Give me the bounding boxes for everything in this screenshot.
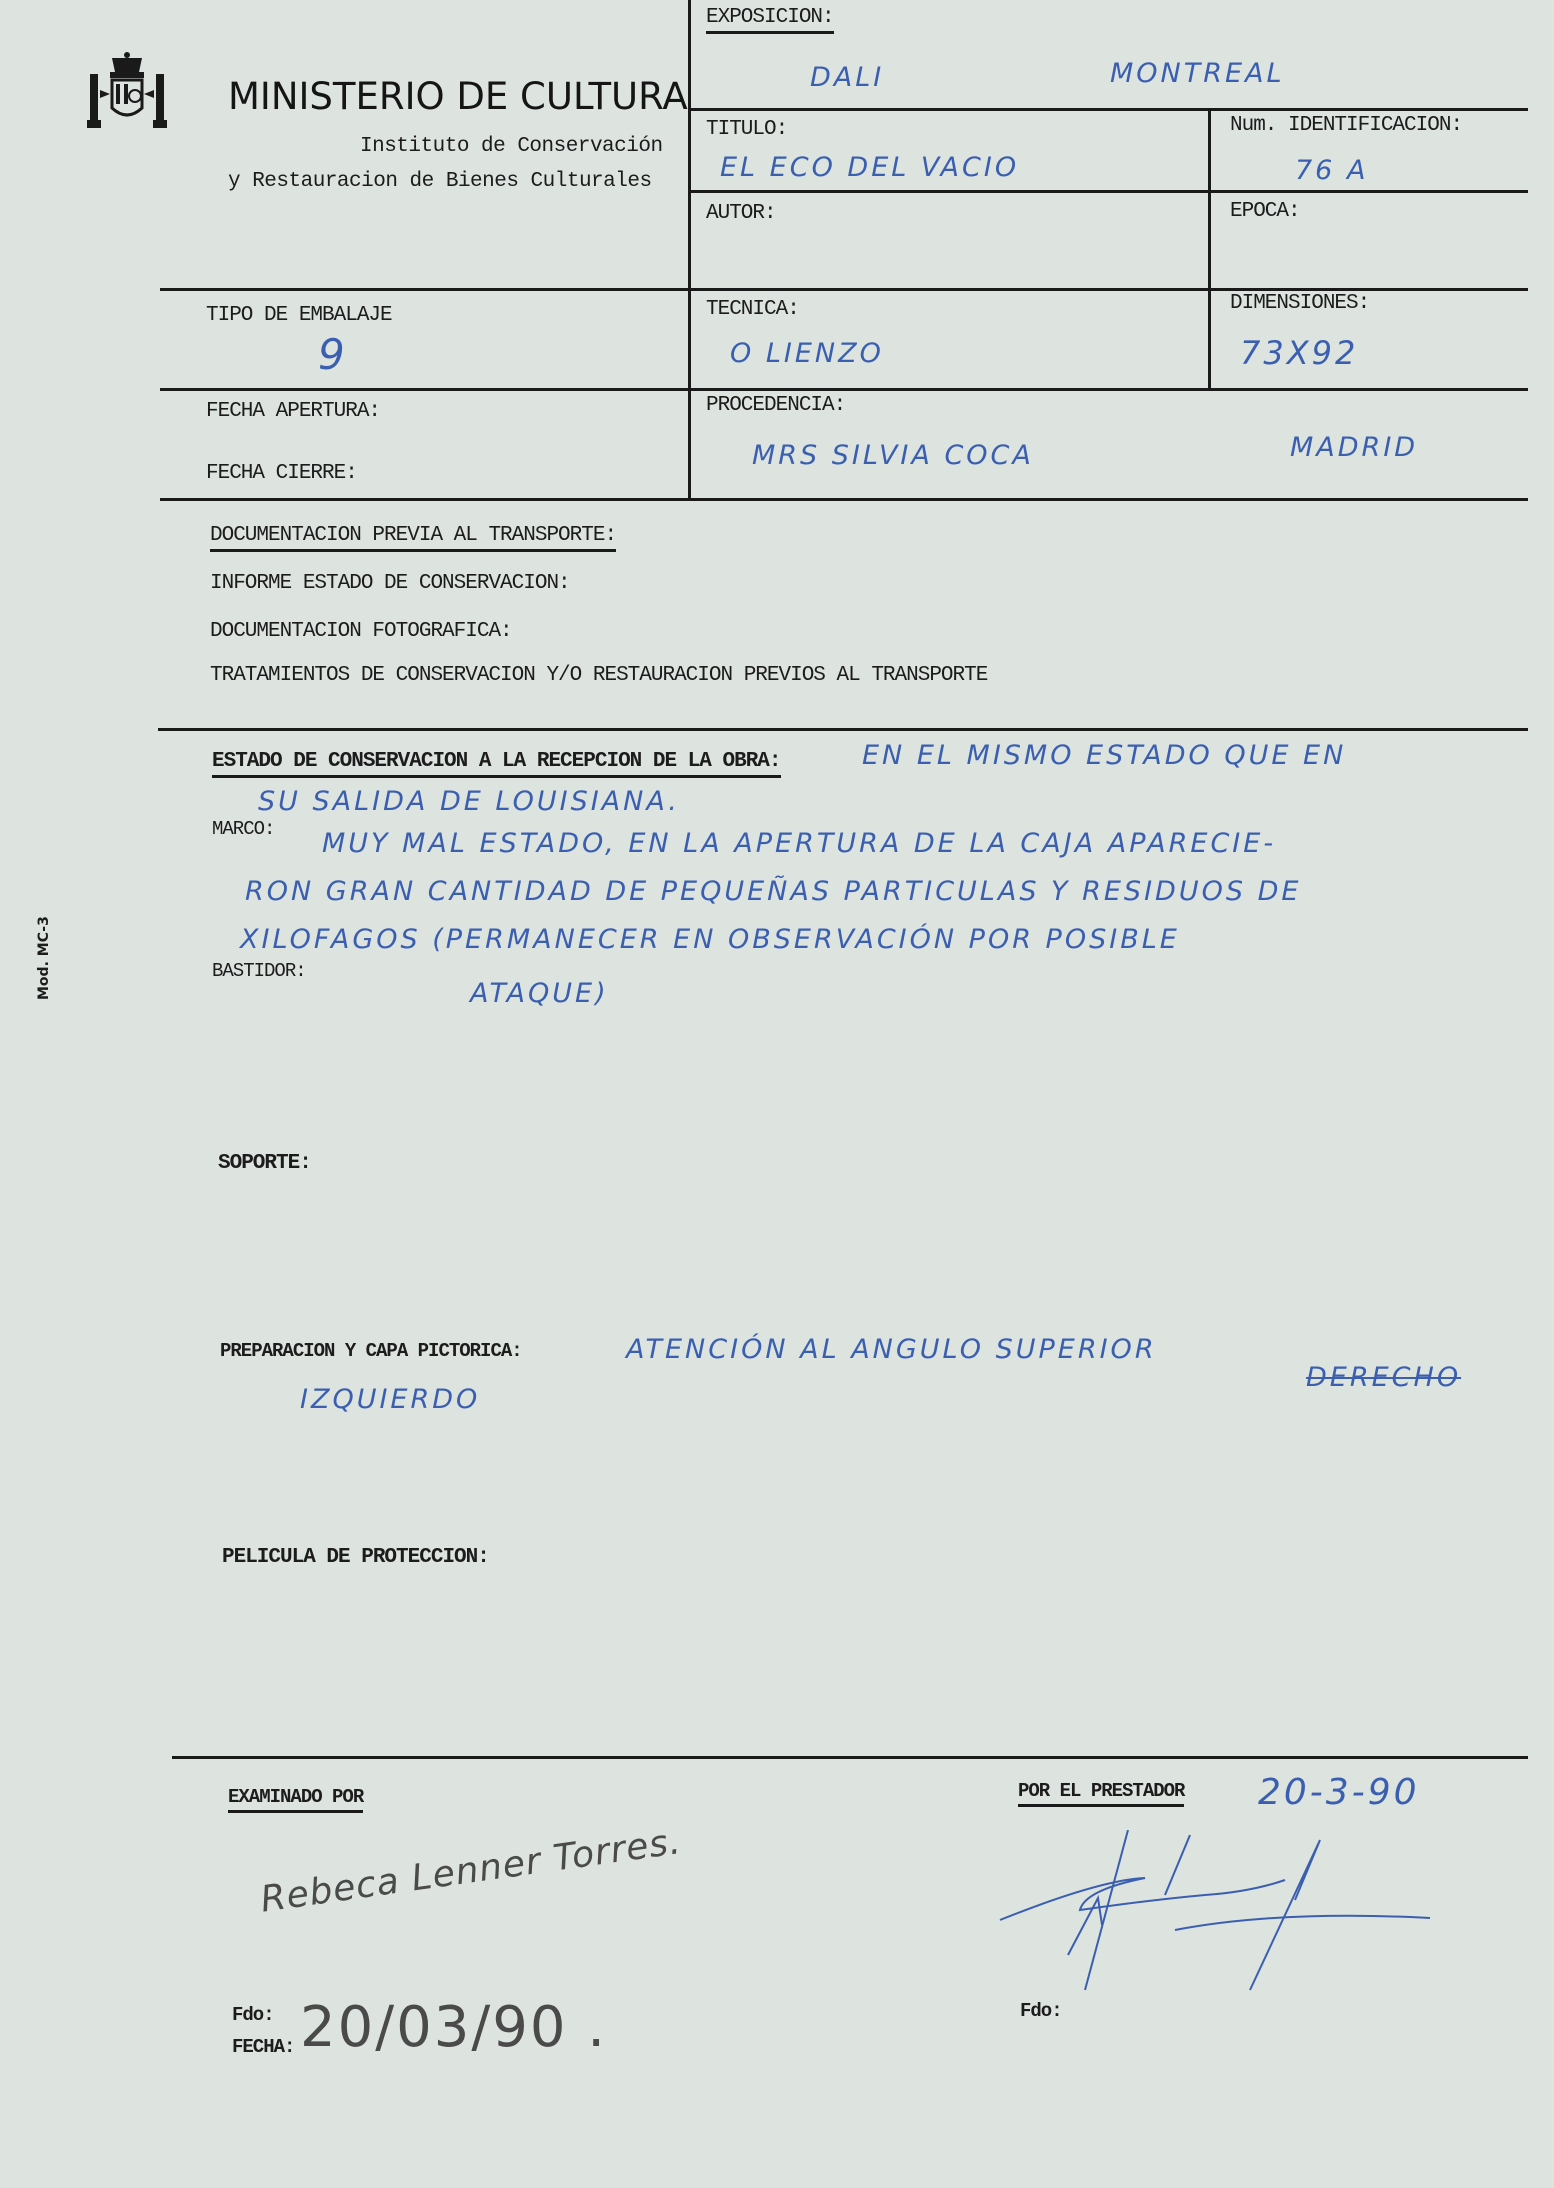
examinado-signature[interactable]: Rebeca Lenner Torres. <box>258 1821 684 1921</box>
fecha-label: FECHA: <box>232 2036 294 2058</box>
marco-label: MARCO: <box>212 818 274 840</box>
divider <box>160 498 1528 501</box>
preparacion-line2[interactable]: IZQUIERDO <box>300 1384 480 1415</box>
documentacion-heading: DOCUMENTACION PREVIA AL TRANSPORTE: <box>210 524 616 552</box>
titulo-label: TITULO: <box>706 118 787 141</box>
marco-line3[interactable]: XILOFAGOS (PERMANECER EN OBSERVACIÓN POR… <box>240 924 1180 955</box>
form-code: Mod. MC-3 <box>36 916 52 1000</box>
divider <box>690 108 1528 111</box>
epoca-label: EPOCA: <box>1230 200 1300 223</box>
fdo-label-left: Fdo: <box>232 2004 274 2026</box>
estado-note-line2[interactable]: SU SALIDA DE LOUISIANA. <box>258 786 680 817</box>
divider <box>160 388 1528 391</box>
divider-main-vertical <box>688 0 691 500</box>
exposicion-value-city[interactable]: MONTREAL <box>1110 58 1285 89</box>
fdo-label-right: Fdo: <box>1020 2000 1062 2022</box>
examinado-label: EXAMINADO POR <box>228 1786 363 1813</box>
preparacion-label: PREPARACION Y CAPA PICTORICA: <box>220 1340 522 1362</box>
procedencia-value-name[interactable]: MRS SILVIA COCA <box>752 440 1034 471</box>
ministry-title: MINISTERIO DE CULTURA <box>228 75 688 118</box>
titulo-value[interactable]: EL ECO DEL VACIO <box>720 152 1019 183</box>
dimensiones-label: DIMENSIONES: <box>1230 292 1369 315</box>
num-identificacion-value[interactable]: 76 A <box>1295 155 1368 186</box>
prestador-label: POR EL PRESTADOR <box>1018 1780 1184 1807</box>
bastidor-label: BASTIDOR: <box>212 960 306 982</box>
divider <box>690 190 1528 193</box>
exposicion-value-artist[interactable]: DALI <box>810 62 884 93</box>
preparacion-line1[interactable]: ATENCIÓN AL ANGULO SUPERIOR <box>626 1334 1157 1365</box>
institute-line2: y Restauracion de Bienes Culturales <box>228 170 652 193</box>
soporte-label: SOPORTE: <box>218 1152 311 1175</box>
divider <box>172 1756 1528 1759</box>
tecnica-label: TECNICA: <box>706 298 799 321</box>
marco-line2[interactable]: RON GRAN CANTIDAD DE PEQUEÑAS PARTICULAS… <box>245 876 1301 907</box>
tratamientos-label: TRATAMIENTOS DE CONSERVACION Y/O RESTAUR… <box>210 664 987 687</box>
tipo-embalaje-label: TIPO DE EMBALAJE <box>206 304 392 327</box>
fecha-apertura-label: FECHA APERTURA: <box>206 400 380 423</box>
tecnica-value[interactable]: O LIENZO <box>730 338 884 369</box>
spanish-coat-of-arms-icon <box>82 50 172 140</box>
estado-heading: ESTADO DE CONSERVACION A LA RECEPCION DE… <box>212 750 781 778</box>
signature-icon <box>980 1830 1460 2005</box>
fecha-cierre-label: FECHA CIERRE: <box>206 462 357 485</box>
dimensiones-value[interactable]: 73X92 <box>1240 334 1358 372</box>
procedencia-value-city[interactable]: MADRID <box>1290 432 1418 463</box>
marco-line4[interactable]: ATAQUE) <box>470 978 609 1009</box>
preparacion-struck-word[interactable]: DERECHO <box>1306 1362 1461 1393</box>
pelicula-label: PELICULA DE PROTECCION: <box>222 1546 489 1569</box>
informe-label: INFORME ESTADO DE CONSERVACION: <box>210 572 570 595</box>
prestador-date[interactable]: 20-3-90 <box>1258 1772 1420 1813</box>
estado-note-line1[interactable]: EN EL MISMO ESTADO QUE EN <box>862 740 1346 771</box>
documentacion-fotografica-label: DOCUMENTACION FOTOGRAFICA: <box>210 620 512 643</box>
num-identificacion-label: Num. IDENTIFICACION: <box>1230 114 1462 137</box>
divider <box>158 728 1528 731</box>
divider <box>160 288 1528 291</box>
fecha-value[interactable]: 20/03/90 . <box>300 1995 607 2060</box>
institute-line1: Instituto de Conservación <box>360 135 663 158</box>
divider-right-vertical <box>1208 110 1211 388</box>
autor-label: AUTOR: <box>706 202 776 225</box>
marco-line1[interactable]: MUY MAL ESTADO, EN LA APERTURA DE LA CAJ… <box>322 828 1276 859</box>
tipo-embalaje-value[interactable]: 9 <box>318 330 348 379</box>
procedencia-label: PROCEDENCIA: <box>706 394 845 417</box>
exposicion-label: EXPOSICION: <box>706 6 834 34</box>
